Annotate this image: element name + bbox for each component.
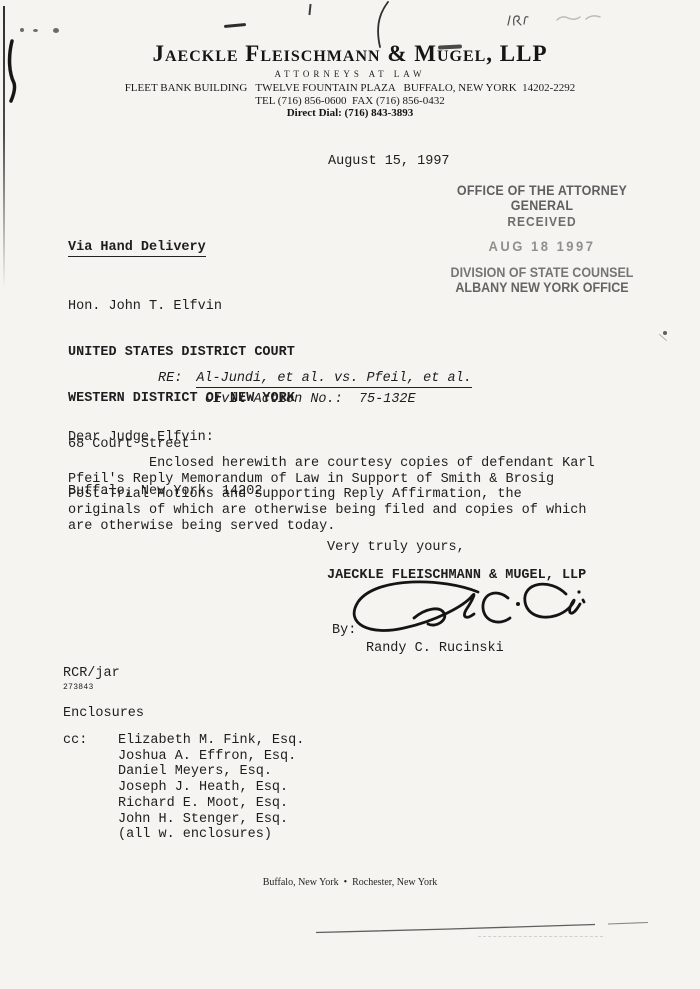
by-label: By: (332, 623, 356, 638)
stamp-office-line: OFFICE OF THE ATTORNEY GENERAL (436, 183, 648, 213)
re-label: RE: (158, 371, 182, 388)
scan-line-artifact (308, 918, 658, 936)
re-block: RE: Al-Jundi, et al. vs. Pfeil, et al. C… (158, 371, 472, 407)
signature-image (336, 576, 588, 638)
stamp-office-location-line: ALBANY NEW YORK OFFICE (436, 280, 648, 295)
file-number: 273843 (63, 683, 94, 692)
firm-direct-dial: Direct Dial: (716) 843-3893 (0, 107, 700, 119)
stamp-received-line: RECEIVED (436, 214, 648, 229)
cc-name: Richard E. Moot, Esq. (118, 796, 304, 812)
scan-speck-tail (659, 334, 667, 341)
cc-label: cc: (63, 733, 118, 843)
scan-speck (663, 331, 667, 335)
cc-name: Joshua A. Effron, Esq. (118, 749, 304, 765)
scan-speck (33, 29, 38, 32)
enclosures-note: Enclosures (63, 706, 144, 721)
received-stamp: OFFICE OF THE ATTORNEY GENERAL RECEIVED … (436, 183, 648, 294)
firm-address: FLEET BANK BUILDING TWELVE FOUNTAIN PLAZ… (0, 82, 700, 94)
re-case-name: Al-Jundi, et al. vs. Pfeil, et al. (196, 371, 471, 388)
cc-block: cc: Elizabeth M. Fink, Esq. Joshua A. Ef… (63, 733, 304, 843)
typist-initials: RCR/jar (63, 666, 120, 681)
scan-dash-mark (224, 23, 246, 28)
cc-name: Daniel Meyers, Esq. (118, 764, 304, 780)
valediction: Very truly yours, (327, 540, 465, 555)
footer-cities: Buffalo, New York • Rochester, New York (0, 877, 700, 888)
re-civil-action: Civil Action No.: 75-132E (205, 392, 472, 407)
cc-name: John H. Stenger, Esq. (118, 812, 304, 828)
recipient-name: Hon. John T. Elfvin (68, 299, 295, 314)
scan-tick-mark (308, 4, 311, 15)
scan-smudge-mark (506, 14, 530, 27)
firm-tagline: ATTORNEYS AT LAW (0, 69, 700, 79)
cc-enclosures-note: (all w. enclosures) (118, 827, 304, 843)
salutation: Dear Judge Elfvin: (68, 430, 214, 445)
scan-speck (53, 28, 59, 33)
scan-speck (20, 28, 24, 32)
scan-dotted-line (478, 936, 603, 937)
firm-name: Jaeckle Fleischmann & Mugel, LLP (0, 41, 700, 67)
cc-name: Joseph J. Heath, Esq. (118, 780, 304, 796)
body-paragraph: Enclosed herewith are courtesy copies of… (68, 456, 646, 535)
delivery-method: Via Hand Delivery (68, 240, 206, 257)
signer-name: Randy C. Rucinski (366, 641, 504, 656)
stamp-division-line: DIVISION OF STATE COUNSEL (436, 265, 648, 280)
stamp-date-line: AUG 18 1997 (436, 238, 648, 254)
scan-scribble-mark (556, 11, 604, 25)
cc-name: Elizabeth M. Fink, Esq. (118, 733, 304, 749)
recipient-org-line1: UNITED STATES DISTRICT COURT (68, 345, 295, 360)
firm-phone: TEL (716) 856-0600 FAX (716) 856-0432 (0, 95, 700, 107)
letter-page: Jaeckle Fleischmann & Mugel, LLP ATTORNE… (0, 0, 700, 989)
letter-date: August 15, 1997 (328, 154, 450, 169)
cc-names: Elizabeth M. Fink, Esq. Joshua A. Effron… (118, 733, 304, 843)
